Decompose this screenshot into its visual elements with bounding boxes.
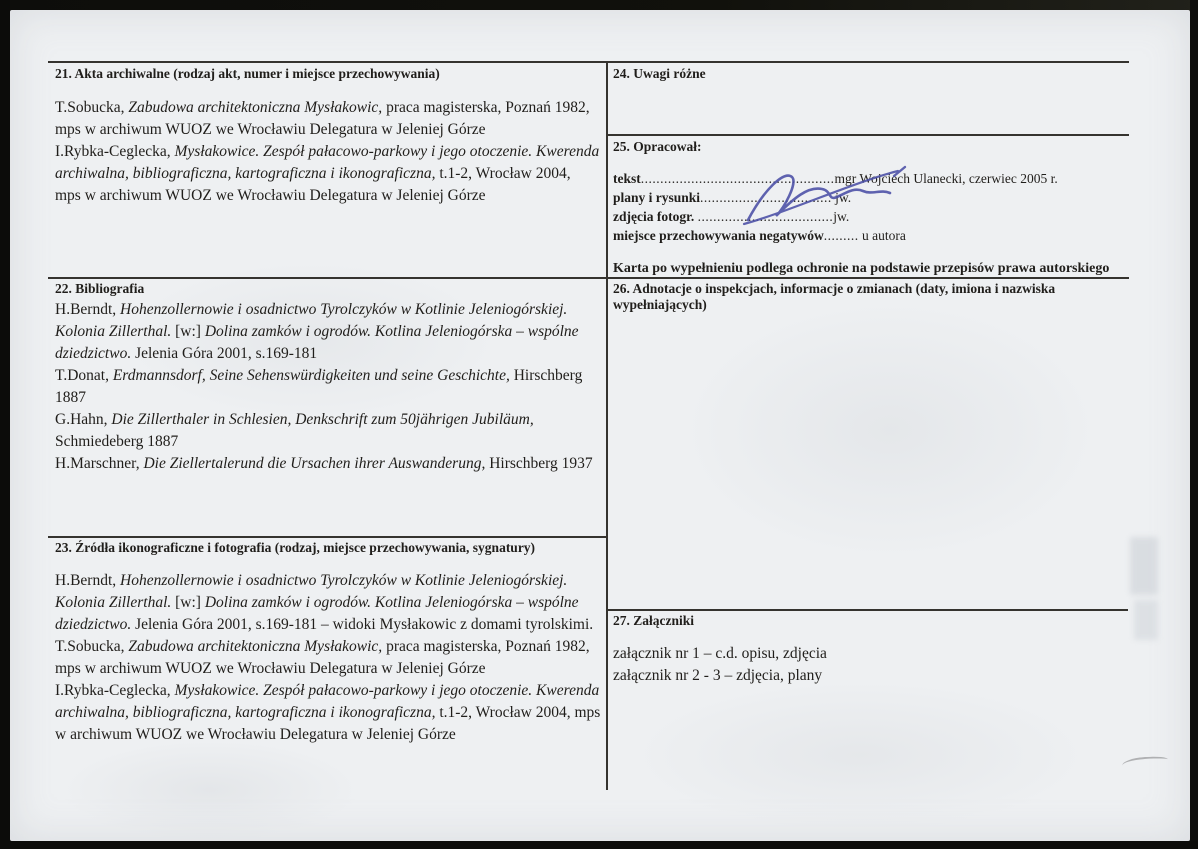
scan-border-bottom — [0, 841, 1198, 849]
section-23-body: H.Berndt, Hohenzollernowie i osadnictwo … — [55, 570, 603, 746]
bibliography-entry: T.Sobucka, Zabudowa architektoniczna Mys… — [55, 636, 603, 680]
section-22-body: H.Berndt, Hohenzollernowie i osadnictwo … — [55, 299, 603, 475]
scanned-document: 21. Akta archiwalne (rodzaj akt, numer i… — [0, 0, 1198, 849]
section-24-title: 24. Uwagi różne — [613, 66, 1123, 82]
table-line-above-27 — [607, 609, 1128, 611]
section-22-title: 22. Bibliografia — [55, 281, 603, 297]
section-26-title: 26. Adnotacje o inspekcjach, informacje … — [613, 281, 1118, 313]
section-26-adnotacje: 26. Adnotacje o inspekcjach, informacje … — [613, 281, 1118, 313]
section-25-title: 25. Opracował: — [613, 139, 1131, 155]
section-27-title: 27. Załączniki — [613, 613, 1123, 629]
scan-border-right — [1190, 0, 1198, 849]
bibliography-entry: H.Berndt, Hohenzollernowie i osadnictwo … — [55, 570, 603, 636]
bibliography-entry: H.Berndt, Hohenzollernowie i osadnictwo … — [55, 299, 603, 365]
table-column-divider — [606, 61, 608, 790]
section-21-title: 21. Akta archiwalne (rodzaj akt, numer i… — [55, 66, 600, 82]
section-21-body: T.Sobucka, Zabudowa architektoniczna Mys… — [55, 97, 600, 207]
table-line-above-25 — [607, 134, 1129, 136]
bibliography-entry: T.Donat, Erdmannsdorf, Seine Sehenswürdi… — [55, 365, 603, 409]
table-line-top — [48, 61, 1129, 63]
handwritten-signature — [742, 164, 926, 226]
attachment-item: załącznik nr 1 – c.d. opisu, zdjęcia — [613, 643, 1123, 665]
section-23-zrodla-ikonograficzne: 23. Źródła ikonograficzne i fotografia (… — [55, 540, 603, 746]
bibliography-entry: I.Rybka-Ceglecka, Mysłakowice. Zespół pa… — [55, 680, 603, 746]
attachments-list: załącznik nr 1 – c.d. opisu, zdjęcia zał… — [613, 643, 1123, 687]
bibliography-entry: I.Rybka-Ceglecka, Mysłakowice. Zespół pa… — [55, 141, 600, 207]
bibliography-entry: G.Hahn, Die Zillerthaler in Schlesien, D… — [55, 409, 603, 453]
bibliography-entry: H.Marschner, Die Ziellertalerund die Urs… — [55, 453, 603, 475]
credit-value: u autora — [859, 228, 906, 243]
scan-border-top — [0, 0, 1198, 10]
section-23-title: 23. Źródła ikonograficzne i fotografia (… — [55, 540, 603, 556]
attachment-item: załącznik nr 2 - 3 – zdjęcia, plany — [613, 665, 1123, 687]
faint-stamp-smudge — [1134, 600, 1158, 640]
section-24-uwagi-rozne: 24. Uwagi różne — [613, 66, 1123, 82]
section-22-bibliografia: 22. Bibliografia H.Berndt, Hohenzollerno… — [55, 281, 603, 475]
credit-row-negatywy: miejsce przechowywania negatywów........… — [613, 226, 1131, 245]
section-27-zalaczniki: 27. Załączniki załącznik nr 1 – c.d. opi… — [613, 613, 1123, 687]
faint-stamp-smudge — [1130, 537, 1158, 595]
table-line-above-23 — [48, 536, 607, 538]
bibliography-entry: T.Sobucka, Zabudowa architektoniczna Mys… — [55, 97, 600, 141]
section-21-akta-archiwalne: 21. Akta archiwalne (rodzaj akt, numer i… — [55, 66, 600, 207]
scan-border-left — [0, 0, 10, 849]
copyright-note: Karta po wypełnieniu podlega ochronie na… — [613, 260, 1131, 277]
